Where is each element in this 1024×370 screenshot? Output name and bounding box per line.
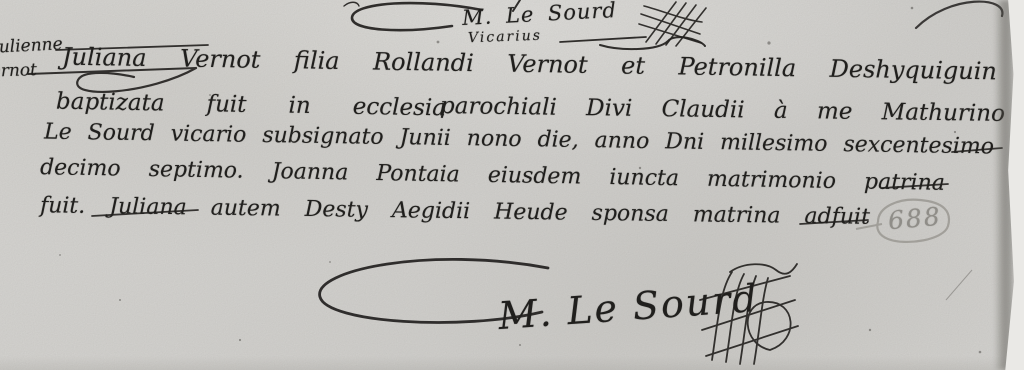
- body-line-3: parochialiDiviClaudiiàmeMathurino: [440, 93, 1005, 127]
- handwriting-layer: M. Le Sourd Vicarius Julienne Vernot Jul…: [0, 0, 1024, 370]
- top-signature-name: M. Le Sourd: [461, 0, 617, 30]
- body-line-4: LeSourdvicariosubsignatoJuniinonodie,ann…: [44, 120, 994, 160]
- bottom-vignette: [0, 356, 1024, 370]
- body-line-2: baptizatafuitinecclesia: [56, 89, 446, 122]
- body-line-5: decimoseptimo.JoannaPontaiaeiusdemiuncta…: [40, 155, 945, 196]
- body-line-6: fuit.JulianaautemDestyAegidiiHeudesponsa…: [40, 193, 870, 230]
- manuscript-scan: M. Le Sourd Vicarius Julienne Vernot Jul…: [0, 0, 1024, 370]
- margin-note-given-name: Julienne: [0, 34, 63, 58]
- pencil-folio-number: 688: [887, 202, 943, 236]
- top-signature-title: Vicarius: [468, 28, 542, 47]
- body-line-1: JulianaVernotfiliaRollandiVernotetPetron…: [62, 43, 997, 86]
- margin-note-surname: Vernot: [0, 60, 37, 82]
- bottom-signature-name: M. Le Sourd: [497, 276, 760, 338]
